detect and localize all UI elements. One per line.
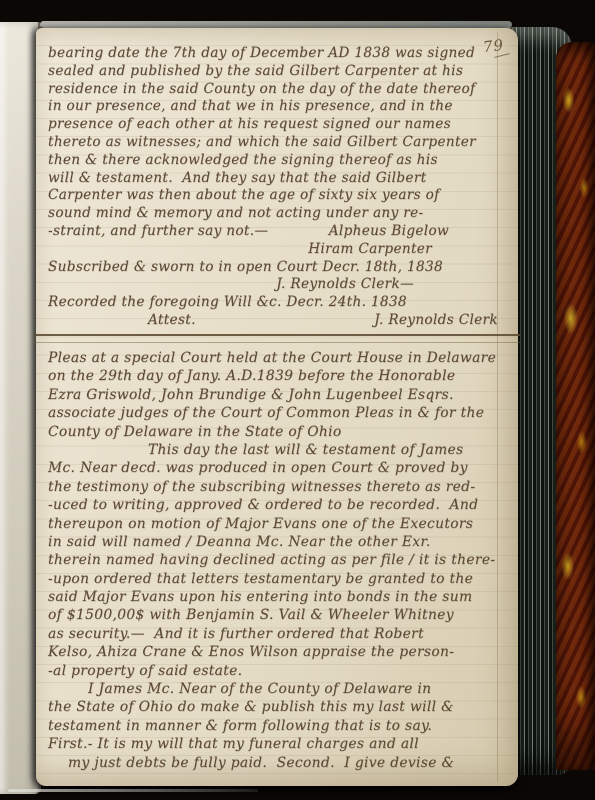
manuscript-line-text: Recorded the foregoing Will &c. Decr. 24… — [48, 294, 504, 312]
section-divider-rule — [34, 334, 520, 343]
manuscript-line-text: sealed and published by the said Gilbert… — [48, 63, 504, 81]
manuscript-line: my just debts be fully paid. Second. I g… — [48, 754, 504, 772]
facing-page-edge — [0, 22, 41, 794]
manuscript-line-text: the State of Ohio do make & publish this… — [48, 698, 504, 716]
manuscript-line: testament in manner & form following tha… — [48, 717, 504, 735]
manuscript-line: on the 29th day of Jany. A.D.1839 before… — [48, 367, 504, 385]
plastic-sleeve-bottom-reflection — [8, 789, 258, 792]
manuscript-line-text: sound mind & memory and not acting under… — [48, 205, 504, 223]
manuscript-line: the State of Ohio do make & publish this… — [48, 698, 504, 716]
manuscript-line-text: -upon ordered that letters testamentary … — [48, 570, 504, 588]
manuscript-line-text: residence in the said County on the day … — [48, 81, 504, 99]
manuscript-line: said Major Evans upon his entering into … — [48, 588, 504, 606]
manuscript-line: as security.— And it is further ordered … — [48, 625, 504, 643]
manuscript-line-text: Attest. — [48, 312, 374, 330]
manuscript-line-text: testament in manner & form following tha… — [48, 717, 504, 735]
manuscript-line-text: will & testament. And they say that the … — [48, 170, 504, 188]
manuscript-line-text: associate judges of the Court of Common … — [48, 404, 504, 422]
manuscript-line: thereto as witnesses; and which the said… — [48, 134, 504, 152]
photo-of-record-book: { "document": { "page_number": "79", "se… — [0, 0, 595, 800]
manuscript-line: bearing date the 7th day of December AD … — [48, 45, 504, 63]
manuscript-line-text — [48, 241, 308, 259]
manuscript-line-text: thereupon on motion of Major Evans one o… — [48, 515, 504, 533]
manuscript-line-text: Alpheus Bigelow — [329, 223, 504, 241]
manuscript-line: thereupon on motion of Major Evans one o… — [48, 515, 504, 533]
manuscript-line-text: This day the last will & testament of Ja… — [48, 441, 504, 459]
manuscript-line-text: -straint, and further say not.— — [48, 223, 329, 241]
manuscript-line-text: J. Reynolds Clerk— — [276, 276, 504, 294]
manuscript-line: Pleas at a special Court held at the Cou… — [48, 349, 504, 367]
manuscript-line: Attest.J. Reynolds Clerk — [48, 312, 504, 330]
manuscript-line: in our presence, and that we in his pres… — [48, 98, 504, 116]
manuscript-line: -upon ordered that letters testamentary … — [48, 570, 504, 588]
section-james-mcnear-will-record: Pleas at a special Court held at the Cou… — [48, 349, 504, 772]
manuscript-line: of $1500,00$ with Benjamin S. Vail & Whe… — [48, 606, 504, 624]
manuscript-line: residence in the said County on the day … — [48, 81, 504, 99]
manuscript-line: -al property of said estate. — [48, 662, 504, 680]
manuscript-line: will & testament. And they say that the … — [48, 170, 504, 188]
manuscript-line-text: in said will named / Deanna Mc. Near the… — [48, 533, 504, 551]
manuscript-line: This day the last will & testament of Ja… — [48, 441, 504, 459]
manuscript-line-text: Pleas at a special Court held at the Cou… — [48, 349, 504, 367]
manuscript-line: Ezra Griswold, John Brundige & John Luge… — [48, 386, 504, 404]
manuscript-line: associate judges of the Court of Common … — [48, 404, 504, 422]
manuscript-line-text: as security.— And it is further ordered … — [48, 625, 504, 643]
manuscript-line-text: bearing date the 7th day of December AD … — [48, 45, 504, 63]
manuscript-line: Kelso, Ahiza Crane & Enos Wilson apprais… — [48, 643, 504, 661]
manuscript-line-text: First.- It is my will that my funeral ch… — [48, 735, 504, 753]
manuscript-line: therein named having declined acting as … — [48, 551, 504, 569]
manuscript-line-text: Carpenter was then about the age of sixt… — [48, 187, 504, 205]
manuscript-line-text: Ezra Griswold, John Brundige & John Luge… — [48, 386, 504, 404]
manuscript-page: 79 bearing date the 7th day of December … — [36, 28, 518, 786]
marbled-book-cover — [556, 42, 595, 770]
manuscript-line-text: the testimony of the subscribing witness… — [48, 478, 504, 496]
manuscript-line: -straint, and further say not.—Alpheus B… — [48, 223, 504, 241]
manuscript-line-text: Kelso, Ahiza Crane & Enos Wilson apprais… — [48, 643, 504, 661]
manuscript-line: the testimony of the subscribing witness… — [48, 478, 504, 496]
manuscript-line-text: in our presence, and that we in his pres… — [48, 98, 504, 116]
manuscript-line-text: of $1500,00$ with Benjamin S. Vail & Whe… — [48, 606, 504, 624]
manuscript-line: -uced to writing, approved & ordered to … — [48, 496, 504, 514]
manuscript-line: J. Reynolds Clerk— — [48, 276, 504, 294]
manuscript-line-text: presence of each other at his request si… — [48, 116, 504, 134]
manuscript-line: Mc. Near decd. was produced in open Cour… — [48, 459, 504, 477]
manuscript-line-text: J. Reynolds Clerk — [374, 312, 504, 330]
manuscript-line-text: thereto as witnesses; and which the said… — [48, 134, 504, 152]
manuscript-line: presence of each other at his request si… — [48, 116, 504, 134]
manuscript-line: Carpenter was then about the age of sixt… — [48, 187, 504, 205]
manuscript-line: Hiram Carpenter — [48, 241, 504, 259]
manuscript-line-text: I James Mc. Near of the County of Delawa… — [48, 680, 504, 698]
manuscript-line: Recorded the foregoing Will &c. Decr. 24… — [48, 294, 504, 312]
manuscript-line-text: Subscribed & sworn to in open Court Decr… — [48, 259, 504, 277]
manuscript-line-text: said Major Evans upon his entering into … — [48, 588, 504, 606]
manuscript-line: Subscribed & sworn to in open Court Decr… — [48, 259, 504, 277]
manuscript-line: in said will named / Deanna Mc. Near the… — [48, 533, 504, 551]
manuscript-line-text: on the 29th day of Jany. A.D.1839 before… — [48, 367, 504, 385]
section-gilbert-carpenter-will-proof: bearing date the 7th day of December AD … — [48, 45, 504, 330]
plastic-sleeve-top-edge — [40, 21, 512, 28]
manuscript-line-text: County of Delaware in the State of Ohio — [48, 423, 504, 441]
manuscript-line-text: -uced to writing, approved & ordered to … — [48, 496, 504, 514]
manuscript-line-text: therein named having declined acting as … — [48, 551, 504, 569]
manuscript-line: sound mind & memory and not acting under… — [48, 205, 504, 223]
manuscript-line-text: my just debts be fully paid. Second. I g… — [48, 754, 504, 772]
manuscript-line: County of Delaware in the State of Ohio — [48, 423, 504, 441]
manuscript-line: I James Mc. Near of the County of Delawa… — [48, 680, 504, 698]
manuscript-line: then & there acknowledged the signing th… — [48, 152, 504, 170]
manuscript-line-text: Mc. Near decd. was produced in open Cour… — [48, 459, 504, 477]
manuscript-line-text: then & there acknowledged the signing th… — [48, 152, 504, 170]
manuscript-line-text — [48, 276, 276, 294]
manuscript-line: sealed and published by the said Gilbert… — [48, 63, 504, 81]
manuscript-line-text: Hiram Carpenter — [308, 241, 504, 259]
manuscript-line-text: -al property of said estate. — [48, 662, 504, 680]
manuscript-line: First.- It is my will that my funeral ch… — [48, 735, 504, 753]
